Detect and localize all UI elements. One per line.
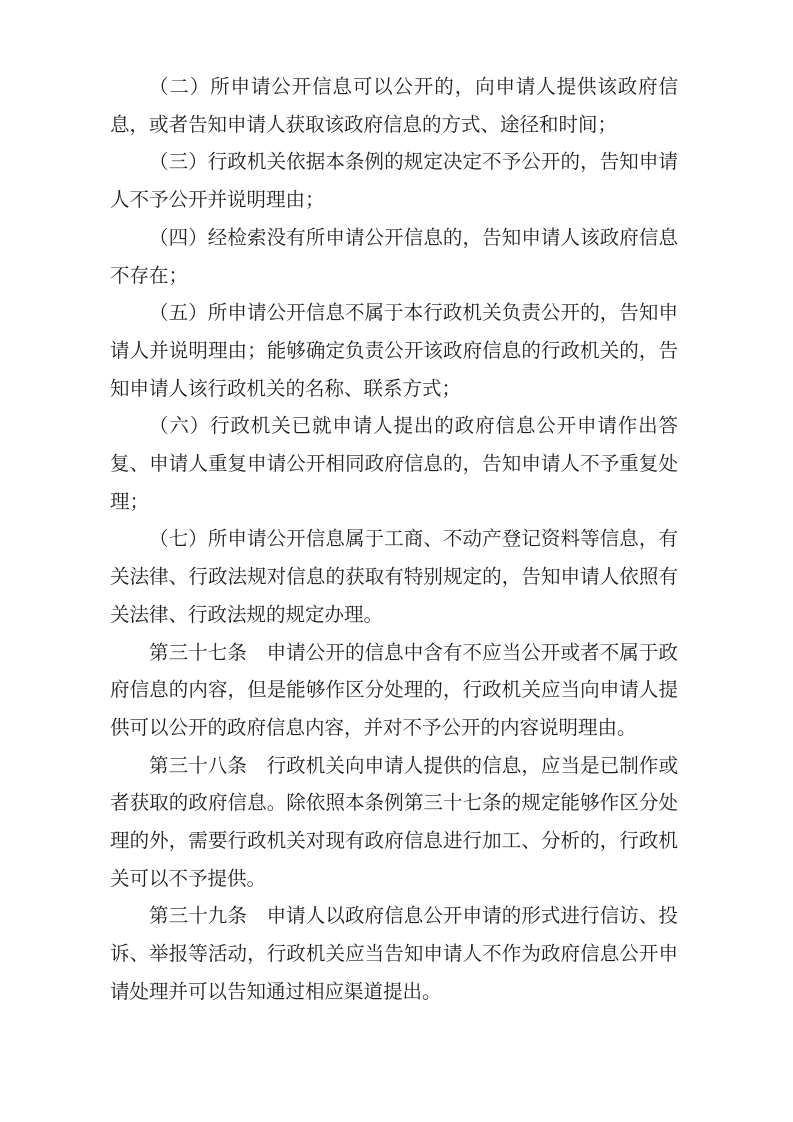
- article-37-paragraph: 第三十七条 申请公开的信息中含有不应当公开或者不属于政府信息的内容，但是能够作区…: [110, 635, 678, 748]
- clause-iii-paragraph: （三）行政机关依据本条例的规定决定不予公开的，告知申请人不予公开并说明理由；: [110, 144, 678, 219]
- article-38-paragraph: 第三十八条 行政机关向申请人提供的信息，应当是已制作或者获取的政府信息。除依照本…: [110, 748, 678, 899]
- document-page: （二）所申请公开信息可以公开的，向申请人提供该政府信息，或者告知申请人获取该政府…: [0, 0, 793, 1122]
- clause-iv-paragraph: （四）经检索没有所申请公开信息的，告知申请人该政府信息不存在；: [110, 220, 678, 295]
- document-body: （二）所申请公开信息可以公开的，向申请人提供该政府信息，或者告知申请人获取该政府…: [110, 69, 678, 1012]
- article-39-paragraph: 第三十九条 申请人以政府信息公开申请的形式进行信访、投诉、举报等活动，行政机关应…: [110, 898, 678, 1011]
- clause-v-paragraph: （五）所申请公开信息不属于本行政机关负责公开的，告知申请人并说明理由；能够确定负…: [110, 295, 678, 408]
- clause-vi-paragraph: （六）行政机关已就申请人提出的政府信息公开申请作出答复、申请人重复申请公开相同政…: [110, 408, 678, 521]
- clause-vii-paragraph: （七）所申请公开信息属于工商、不动产登记资料等信息，有关法律、行政法规对信息的获…: [110, 521, 678, 634]
- clause-ii-paragraph: （二）所申请公开信息可以公开的，向申请人提供该政府信息，或者告知申请人获取该政府…: [110, 69, 678, 144]
